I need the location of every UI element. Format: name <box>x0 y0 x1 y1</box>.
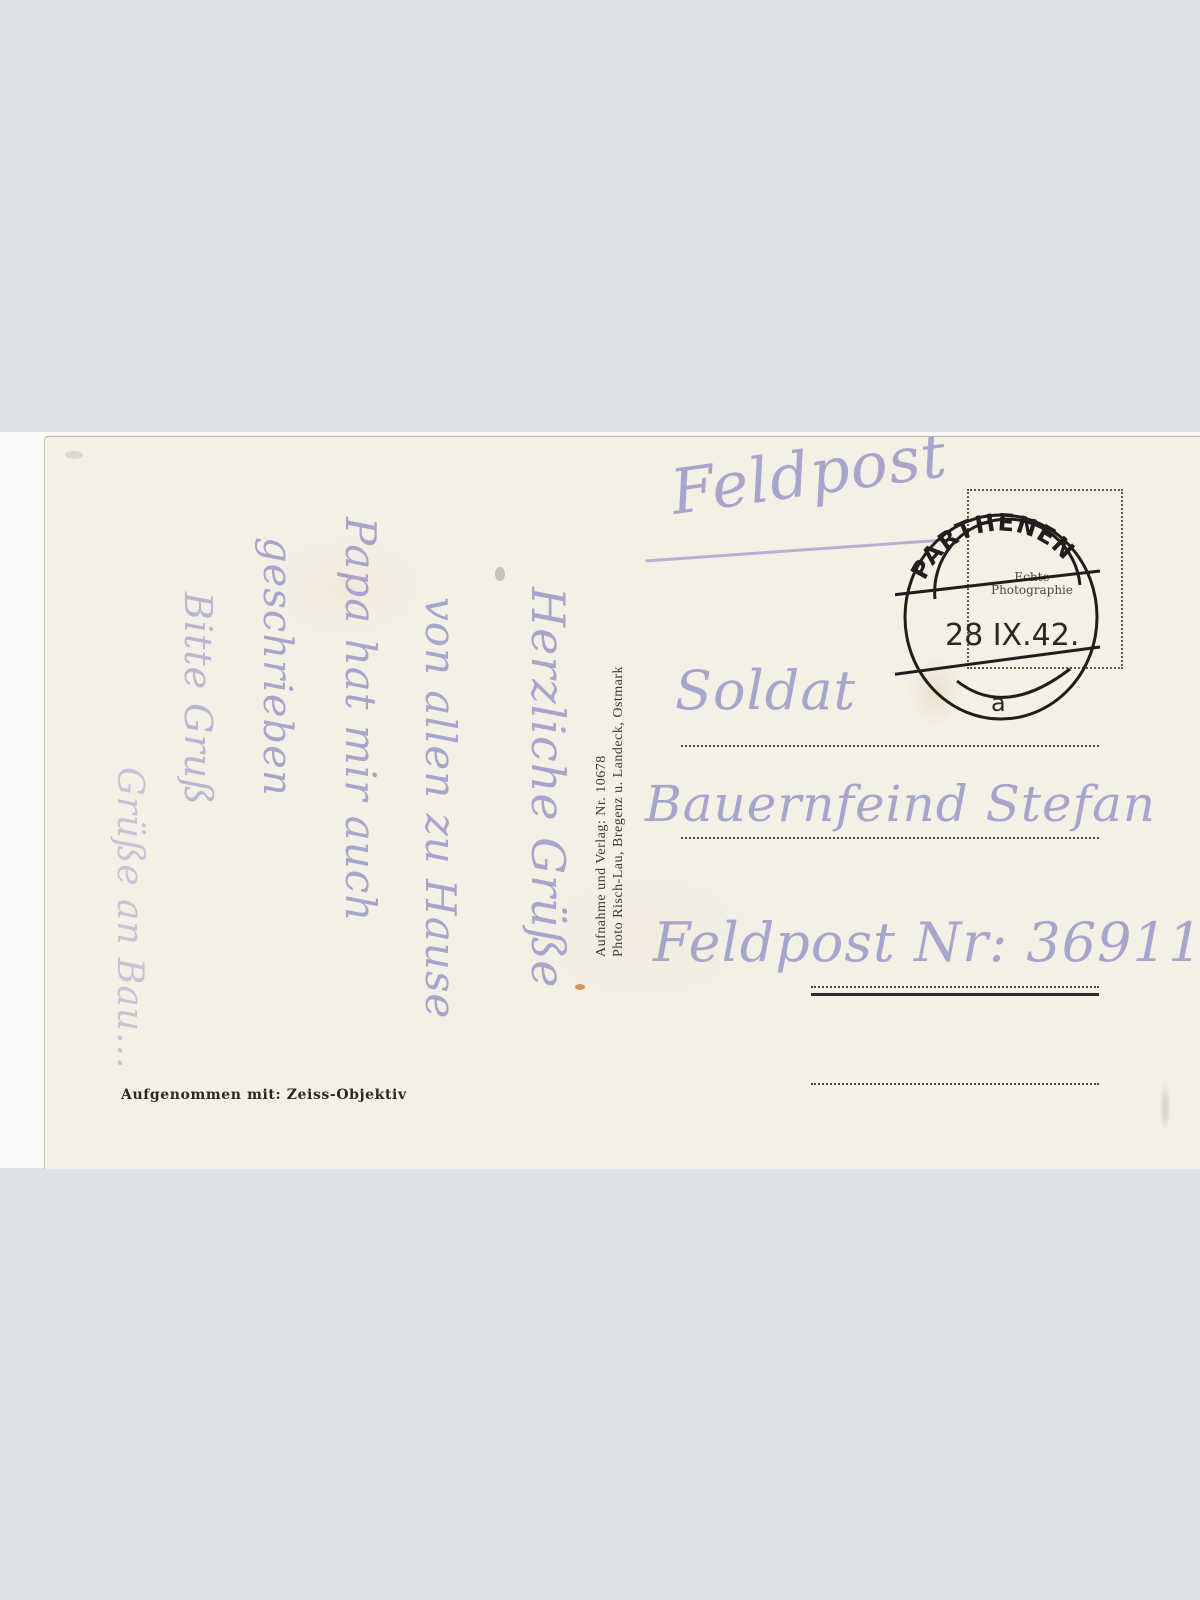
viewer-stage: Herzliche Grüße von allen zu Hause Papa … <box>0 0 1200 1600</box>
address-rule-4 <box>811 1083 1099 1085</box>
postcard: Herzliche Grüße von allen zu Hause Papa … <box>44 436 1200 1169</box>
address-rule-2 <box>681 837 1099 839</box>
address-line-1: Soldat <box>675 659 856 722</box>
postmark: PARTHENEN 28 IX.42. a <box>895 499 1107 725</box>
address-underline <box>811 993 1099 996</box>
address-line-3: Feldpost Nr: 36911 <box>653 911 1200 974</box>
address-line-2: Bauernfeind Stefan <box>645 775 1156 833</box>
stain <box>575 984 585 990</box>
address-rule-1 <box>681 745 1099 747</box>
imprint-line-1: Aufnahme und Verlag: Nr. 10678 <box>593 666 610 957</box>
address-rule-3 <box>811 986 1099 988</box>
message-line: geschrieben <box>254 537 300 797</box>
postmark-code: a <box>991 689 1006 717</box>
stain <box>495 567 505 581</box>
message-line: Herzliche Grüße <box>521 587 575 989</box>
stain <box>65 451 83 459</box>
postmark-town: PARTHENEN <box>905 508 1080 583</box>
message-line: Papa hat mir auch <box>336 517 385 922</box>
lens-credit: Aufgenommen mit: Zeiss-Objektiv <box>121 1087 407 1103</box>
message-line: Bitte Gruß <box>176 592 220 806</box>
message-line: Grüße an Bau... <box>109 767 150 1069</box>
postmark-date: 28 IX.42. <box>945 618 1079 653</box>
imprint-line-2: Photo Risch-Lau, Bregenz u. Landeck, Ost… <box>610 666 627 957</box>
publisher-imprint: Aufnahme und Verlag: Nr. 10678 Photo Ris… <box>593 666 627 957</box>
message-line: von allen zu Hause <box>416 597 465 1019</box>
svg-text:PARTHENEN: PARTHENEN <box>905 508 1080 583</box>
